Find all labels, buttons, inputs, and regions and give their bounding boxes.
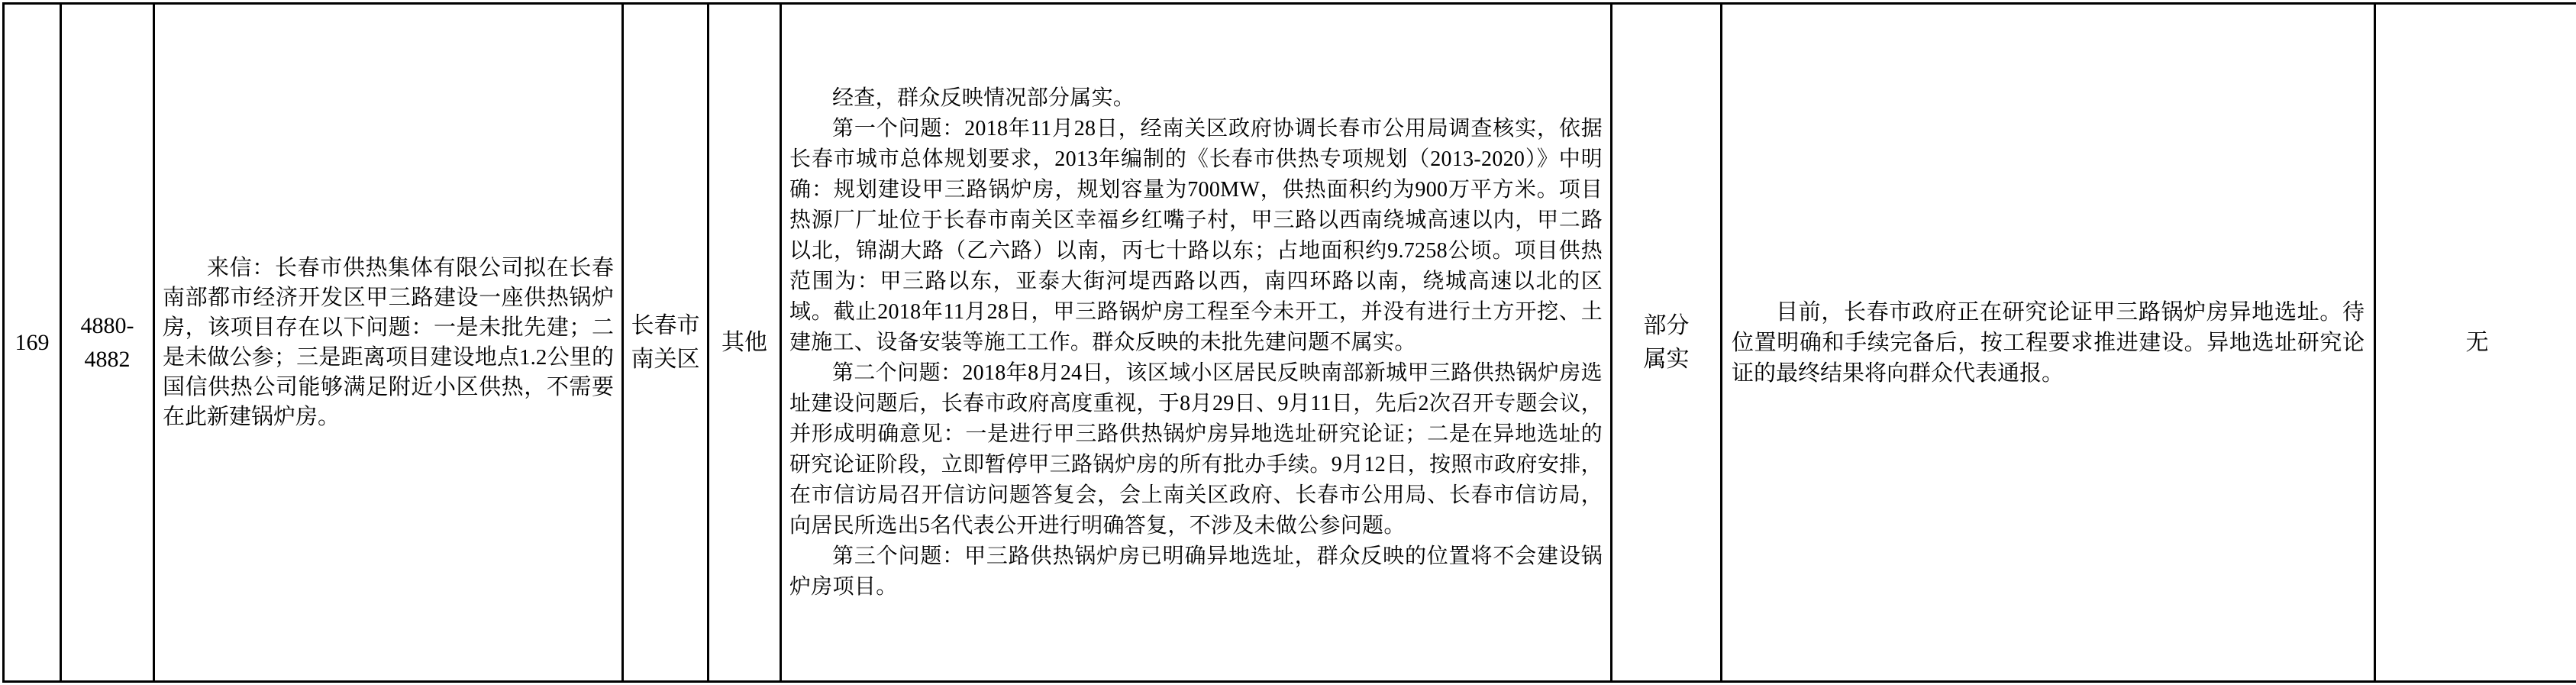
paragraph: 第三个问题：甲三路供热锅炉房已明确异地选址，群众反映的位置将不会建设锅炉房项目。	[789, 541, 1603, 603]
cell-complaint-content: 来信：长春市供热集体有限公司拟在长春南部都市经济开发区甲三路建设一座供热锅炉房，…	[154, 4, 623, 682]
cell-category: 其他	[709, 4, 781, 682]
cell-acceptance-number: 4880- 4882	[61, 4, 154, 682]
complaint-table: 169 4880- 4882 来信：长春市供热集体有限公司拟在长春南部都市经济开…	[2, 2, 2576, 683]
paragraph: 第一个问题：2018年11月28日，经南关区政府协调长春市公用局调查核实，依据长…	[789, 114, 1603, 358]
table-row: 169 4880- 4882 来信：长春市供热集体有限公司拟在长春南部都市经济开…	[4, 4, 2576, 682]
cell-verified-status: 部分 属实	[1612, 4, 1722, 682]
cell-serial-number: 169	[4, 4, 61, 682]
paragraph: 经查，群众反映情况部分属实。	[789, 83, 1603, 114]
cell-accountability: 无	[2375, 4, 2576, 682]
paragraph: 来信：长春市供热集体有限公司拟在长春南部都市经济开发区甲三路建设一座供热锅炉房，…	[163, 254, 614, 432]
paragraph: 第二个问题：2018年8月24日，该区域小区居民反映南部新城甲三路供热锅炉房选址…	[789, 358, 1603, 541]
cell-region: 长春市 南关区	[623, 4, 709, 682]
paragraph: 目前，长春市政府正在研究论证甲三路锅炉房异地选址。待位置明确和手续完备后，按工程…	[1732, 297, 2365, 389]
cell-verification-result: 经查，群众反映情况部分属实。第一个问题：2018年11月28日，经南关区政府协调…	[781, 4, 1612, 682]
cell-handling-result: 目前，长春市政府正在研究论证甲三路锅炉房异地选址。待位置明确和手续完备后，按工程…	[1722, 4, 2375, 682]
